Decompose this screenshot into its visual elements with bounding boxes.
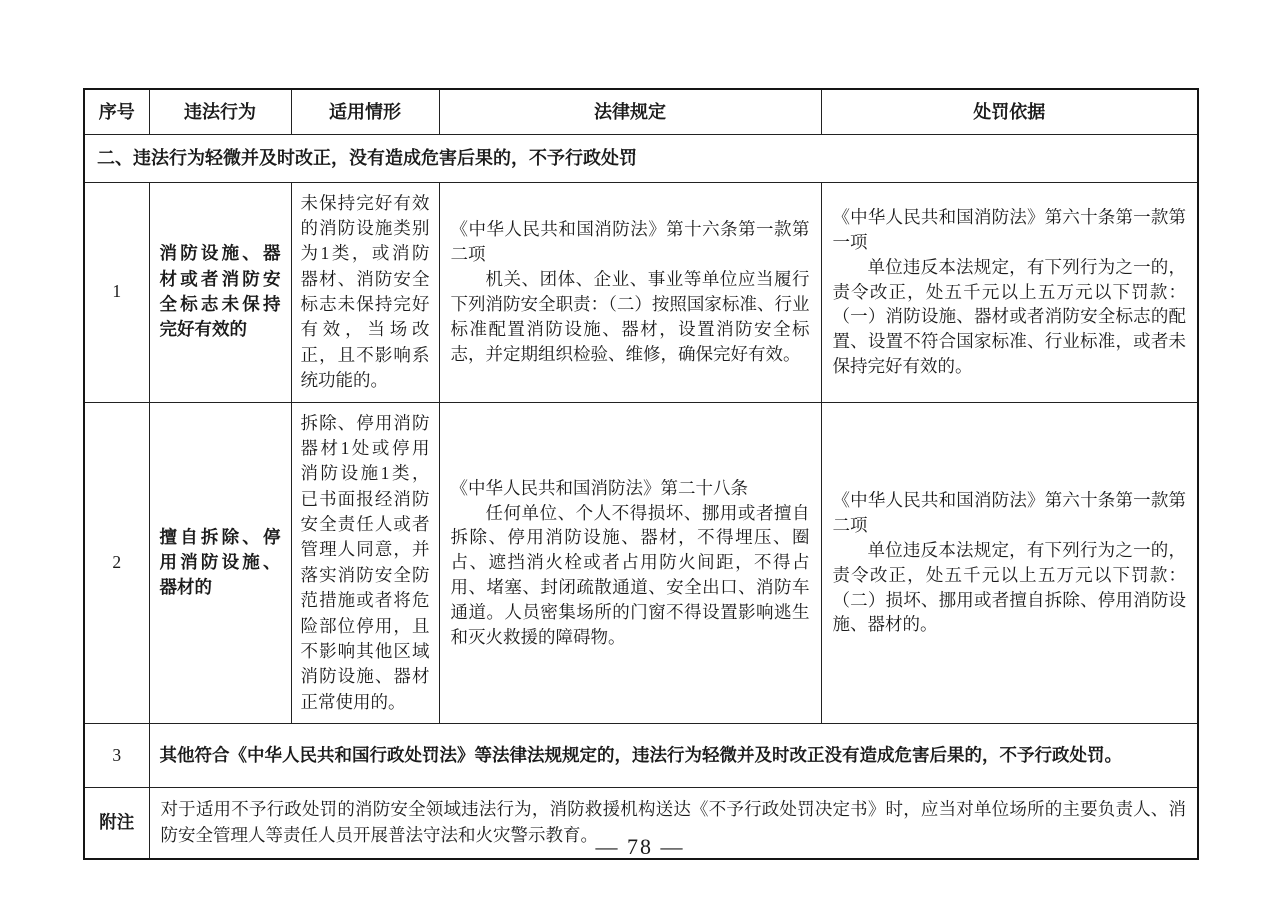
row2-index: 2 <box>84 402 149 724</box>
header-law: 法律规定 <box>439 89 821 134</box>
table-row: 3 其他符合《中华人民共和国行政处罚法》等法律法规规定的，违法行为轻微并及时改正… <box>84 724 1198 788</box>
header-penalty: 处罚依据 <box>821 89 1198 134</box>
row2-law: 《中华人民共和国消防法》第二十八条 任何单位、个人不得损坏、挪用或者擅自拆除、停… <box>439 402 821 724</box>
row2-law-body: 任何单位、个人不得损坏、挪用或者擅自拆除、停用消防设施、器材，不得埋压、圈占、遮… <box>451 501 810 650</box>
section-header-row: 二、违法行为轻微并及时改正，没有造成危害后果的，不予行政处罚 <box>84 134 1198 182</box>
row1-law: 《中华人民共和国消防法》第十六条第一款第二项 机关、团体、企业、事业等单位应当履… <box>439 182 821 402</box>
row2-penalty-title: 《中华人民共和国消防法》第六十条第一款第二项 <box>833 488 1187 538</box>
table-row: 2 擅自拆除、停用消防设施、器材的 拆除、停用消防器材1处或停用消防设施1类，已… <box>84 402 1198 724</box>
row1-index: 1 <box>84 182 149 402</box>
penalty-table: 序号 违法行为 适用情形 法律规定 处罚依据 二、违法行为轻微并及时改正，没有造… <box>83 88 1199 860</box>
row2-law-title: 《中华人民共和国消防法》第二十八条 <box>451 476 810 501</box>
row1-law-title: 《中华人民共和国消防法》第十六条第一款第二项 <box>451 217 810 267</box>
row1-behavior: 消防设施、器材或者消防安全标志未保持完好有效的 <box>149 182 291 402</box>
table-header-row: 序号 违法行为 适用情形 法律规定 处罚依据 <box>84 89 1198 134</box>
page-number: — 78 — <box>0 834 1280 860</box>
row2-situation: 拆除、停用消防器材1处或停用消防设施1类，已书面报经消防安全责任人或者管理人同意… <box>291 402 439 724</box>
document-page: 序号 违法行为 适用情形 法律规定 处罚依据 二、违法行为轻微并及时改正，没有造… <box>0 0 1280 905</box>
row2-behavior: 擅自拆除、停用消防设施、器材的 <box>149 402 291 724</box>
row1-penalty: 《中华人民共和国消防法》第六十条第一款第一项 单位违反本法规定，有下列行为之一的… <box>821 182 1198 402</box>
header-situation: 适用情形 <box>291 89 439 134</box>
row3-index: 3 <box>84 724 149 788</box>
row3-text: 其他符合《中华人民共和国行政处罚法》等法律法规规定的，违法行为轻微并及时改正没有… <box>149 724 1198 788</box>
row2-penalty: 《中华人民共和国消防法》第六十条第一款第二项 单位违反本法规定，有下列行为之一的… <box>821 402 1198 724</box>
row1-penalty-title: 《中华人民共和国消防法》第六十条第一款第一项 <box>833 205 1187 255</box>
header-behavior: 违法行为 <box>149 89 291 134</box>
row2-penalty-body: 单位违反本法规定，有下列行为之一的，责令改正，处五千元以上五万元以下罚款：（二）… <box>833 538 1187 637</box>
row1-law-body: 机关、团体、企业、事业等单位应当履行下列消防安全职责：（二）按照国家标准、行业标… <box>451 267 810 366</box>
row1-situation: 未保持完好有效的消防设施类别为1类，或消防器材、消防安全标志未保持完好有效，当场… <box>291 182 439 402</box>
row1-penalty-body: 单位违反本法规定，有下列行为之一的，责令改正，处五千元以上五万元以下罚款：（一）… <box>833 255 1187 379</box>
header-index: 序号 <box>84 89 149 134</box>
table-row: 1 消防设施、器材或者消防安全标志未保持完好有效的 未保持完好有效的消防设施类别… <box>84 182 1198 402</box>
section-title: 二、违法行为轻微并及时改正，没有造成危害后果的，不予行政处罚 <box>84 134 1198 182</box>
